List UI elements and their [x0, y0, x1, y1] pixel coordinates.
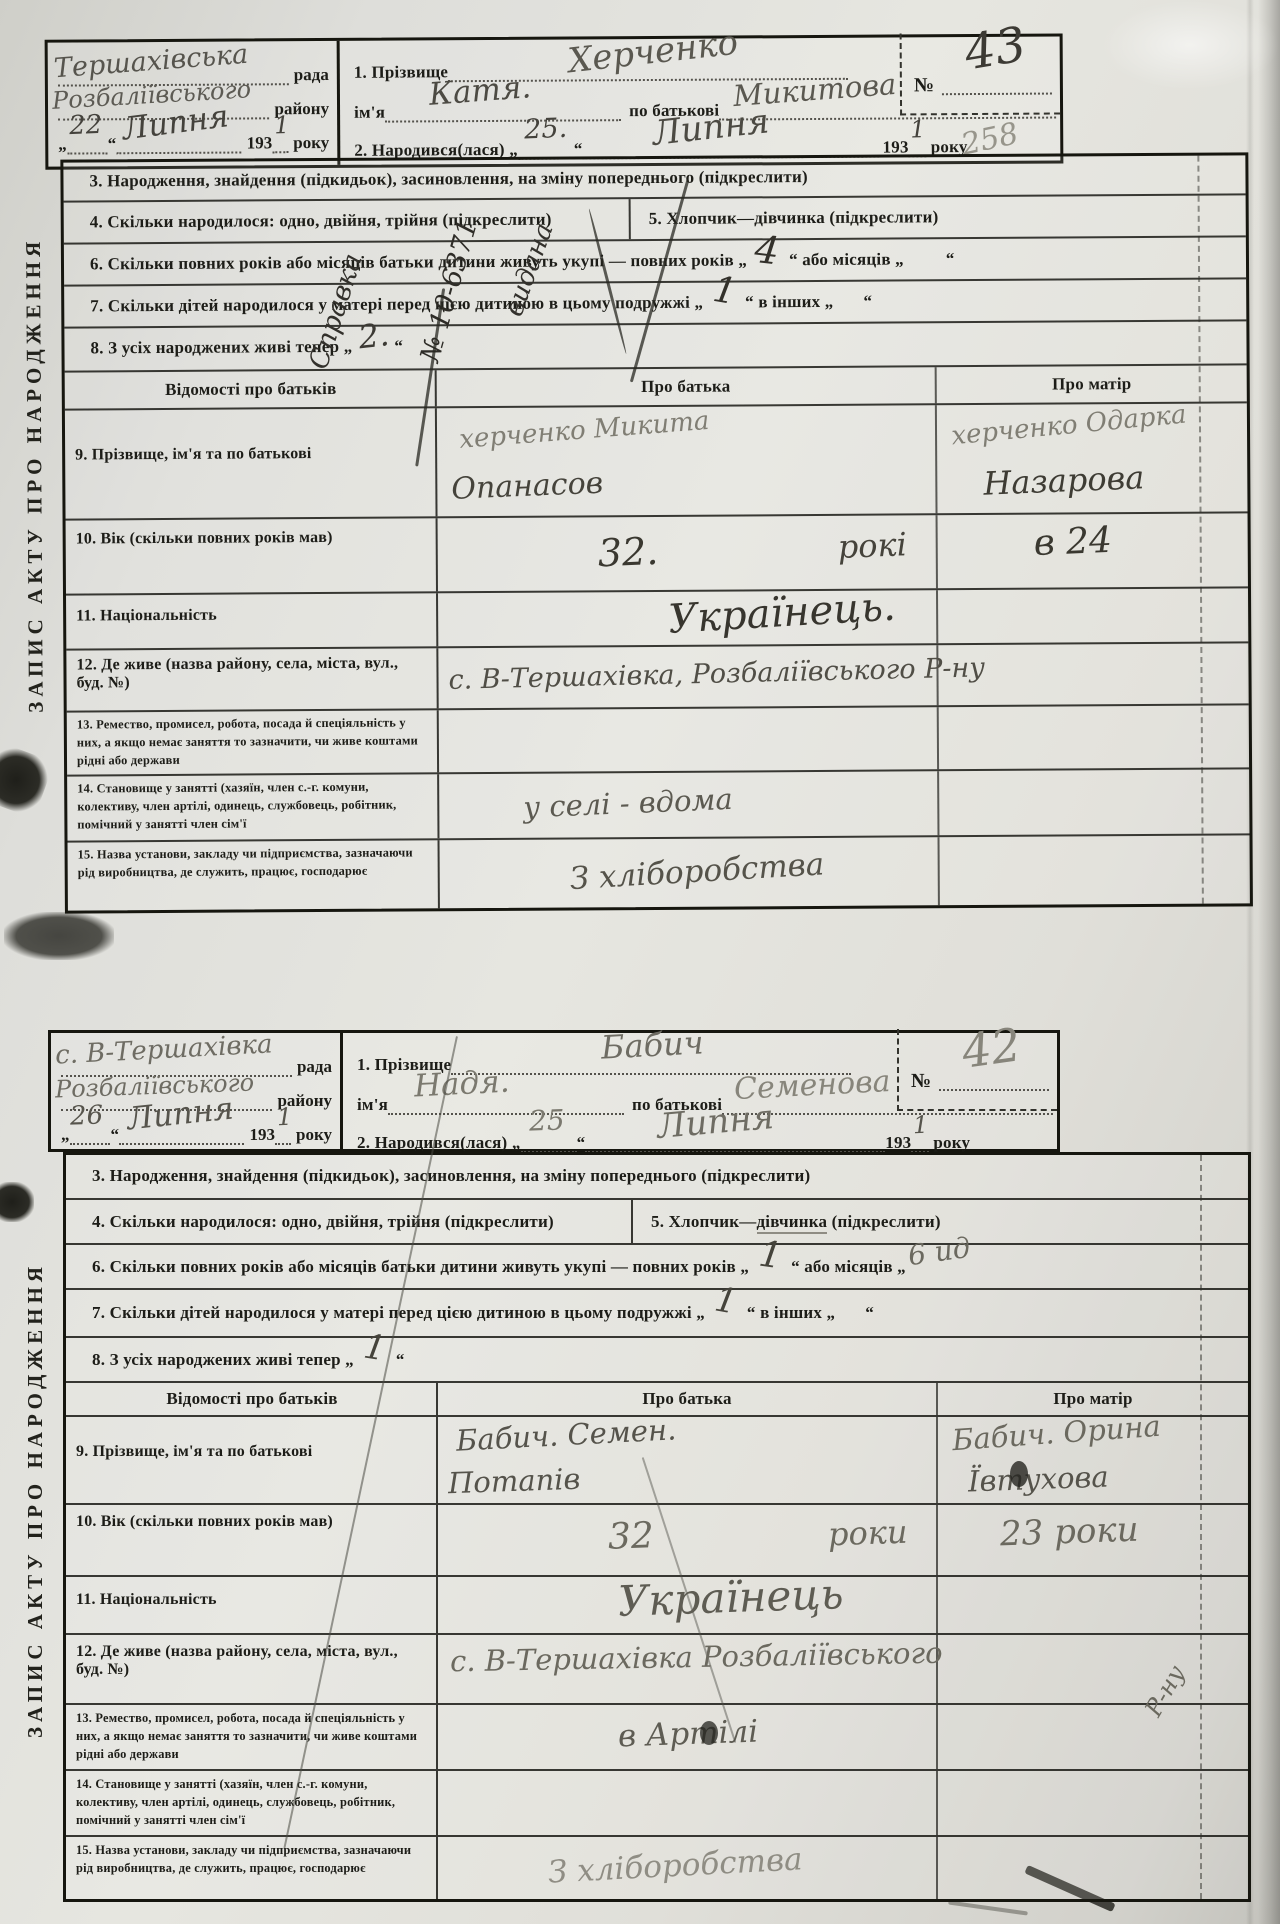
paper-edge-shadow [1258, 0, 1280, 1924]
council-name-handwritten: с. В-Тершахівка [54, 1031, 273, 1068]
field-3-label: 3. Народження, знайдення (підкидьок), за… [92, 1166, 810, 1185]
record-number-box: № 42 [897, 1029, 1057, 1111]
field-6-label: 6. Скільки повних років або місяців бать… [90, 250, 747, 273]
field-8-label: 8. З усіх народжених живі тепер „ [92, 1350, 354, 1369]
residence-cell: с. В-Тершахівка, Розбаліївського Р-ну [438, 645, 938, 708]
nationality-handwritten: Українець [617, 1573, 844, 1623]
field-9-row: 9. Прізвище, ім'я та по батькові херченк… [65, 403, 1248, 520]
field-13-row: 13. Ремество, промисел, робота, посада й… [67, 705, 1249, 776]
months-together-slot [904, 248, 946, 264]
occupation-handwritten: в Артілі [618, 1717, 759, 1753]
residence-handwritten: с. В-Тершахівка Розбаліївського [450, 1639, 943, 1677]
field-15-row: 15. Назва установи, закладу чи підприємс… [68, 835, 1250, 910]
father-name-line2: Потапів [448, 1465, 581, 1499]
birth-record-form-1: ЗАПИС АКТУ ПРО НАРОДЖЕННЯ Тершахівська р… [45, 32, 1256, 169]
surname-handwritten: Бабич [601, 1026, 705, 1063]
council-block: Тершахівська рада Розбаліївського району… [48, 41, 341, 167]
sidebar-title-text: ЗАПИС АКТУ ПРО НАРОДЖЕННЯ [21, 237, 48, 713]
close-quote: “ [577, 1133, 586, 1153]
field-11-label: 11. Національність [76, 607, 217, 625]
children-before-handwritten: 1 [712, 1282, 739, 1319]
year-prefix: 193 [244, 1125, 275, 1145]
council-block: с. В-Тершахівка рада Розбаліївського рай… [51, 1033, 343, 1149]
field-10-label: 10. Вік (скільки повних років мав) [76, 1513, 333, 1530]
birth-day-field: 25 [521, 1131, 577, 1153]
field-7-row: 7. Скільки дітей народилося у матері пер… [66, 1290, 1248, 1338]
birth-year-handwritten: 1 [913, 1113, 929, 1138]
number-line [939, 1089, 1049, 1091]
father-age-handwritten: 32 [607, 1518, 654, 1556]
field-4-5-row: 4. Скільки народилося: одно, двійня, трі… [66, 1200, 1248, 1245]
children-before-slot: 1 [705, 1302, 747, 1318]
field-9-label: 9. Прізвище, ім'я та по батькові [76, 1443, 312, 1460]
residence-cell: с. В-Тершахівка Розбаліївського Р-ну [438, 1635, 938, 1703]
birth-month-field: Липня [585, 1131, 885, 1153]
mother-age-handwritten: 23 роки [999, 1513, 1139, 1552]
girl-word-underlined: дівчинка [757, 1212, 828, 1234]
position-handwritten: у селі - вдома [523, 785, 733, 823]
field-11-row: 11. Національність Українець. [66, 588, 1248, 650]
alive-now-handwritten: 2. [357, 318, 391, 353]
mother-name-line1: Бабич. Орина [951, 1412, 1161, 1455]
field-4-label: 4. Скільки народилося: одно, двійня, трі… [90, 210, 552, 232]
reg-month-field: Липня [119, 1123, 244, 1145]
form-header: Тершахівська рада Розбаліївського району… [45, 33, 1064, 169]
occupation-cell [439, 707, 939, 772]
mother-header: Про матір [1052, 374, 1131, 393]
birth-day-handwritten: 25. [523, 115, 567, 144]
age-word-handwritten: рокі [837, 528, 907, 563]
record-number-handwritten: 42 [960, 1021, 1024, 1075]
field-12-row: 12. Де живе (назва району, села, міста, … [66, 643, 1248, 712]
field-4-cell: 4. Скільки народилося: одно, двійня, трі… [66, 1200, 633, 1243]
birth-year-field: 1 [911, 1131, 929, 1153]
reg-year-handwritten: 1 [274, 113, 290, 138]
pen-stroke [948, 1900, 1028, 1915]
alive-now-slot: 2. [352, 336, 394, 352]
mother-age-handwritten: в 24 [1033, 523, 1113, 562]
mother-name-line2: Назарова [983, 461, 1145, 500]
mother-name-cell: Бабич. Орина Ївтухова [938, 1417, 1248, 1503]
reg-day-handwritten: 22 [68, 112, 102, 139]
field-5-label: 5. Хлопчик—дівчинка (підкреслити) [649, 207, 939, 228]
birth-year-handwritten: 1 [910, 117, 926, 142]
mother-age-cell: в 24 [938, 513, 1248, 588]
field-10-row: 10. Вік (скільки повних років мав) 32 ро… [66, 1505, 1248, 1577]
field-4-5-row: 4. Скільки народилося: одно, двійня, трі… [64, 195, 1246, 244]
ink-stain [4, 912, 114, 960]
mother-name-cell: херченко Одарка Назарова [937, 403, 1248, 513]
field-11-row: 11. Національність Українець [66, 1577, 1248, 1635]
name-label: ім'я [357, 1095, 388, 1115]
position-cell [438, 1771, 938, 1835]
close-quote: “ [107, 134, 117, 154]
year-prefix: 193 [242, 133, 273, 153]
father-header: Про батька [641, 377, 730, 397]
name-handwritten: Надя. [413, 1067, 510, 1103]
born-label: 2. Народився(лася) „ [357, 1133, 521, 1153]
enterprise-cell: З хліборобства [438, 1837, 938, 1899]
field-3-label: 3. Народження, знайдення (підкидьок), за… [89, 167, 807, 190]
field-9-label: 9. Прізвище, ім'я та по батькові [75, 445, 312, 463]
field-5-cell: 5. Хлопчик—дівчинка (підкреслити) [631, 195, 1246, 239]
year-prefix: 193 [885, 1133, 911, 1153]
rada-label: рада [289, 65, 329, 85]
field-8-row: 8. З усіх народжених живі тепер „2.“ [64, 321, 1246, 372]
field-3-row: 3. Народження, знайдення (підкидьок), за… [66, 1155, 1248, 1200]
children-before-handwritten: 1 [710, 272, 739, 311]
father-name-line1: Бабич. Семен. [455, 1415, 677, 1455]
mother-name-line2: Ївтухова [968, 1463, 1110, 1497]
field-13-label: 13. Ремество, промисел, робота, посада й… [76, 1711, 417, 1761]
enterprise-handwritten: З хліборобства [569, 849, 825, 895]
residence-handwritten: с. В-Тершахівка, Розбаліївського Р-ну [448, 654, 985, 694]
roku-label: року [291, 1125, 332, 1145]
field-8-label: 8. З усіх народжених живі тепер „ [90, 337, 352, 358]
surname-handwritten: Херченко [567, 26, 740, 79]
nationality-handwritten: Українець. [667, 587, 896, 640]
months-together-handwritten: 6 ид [906, 1234, 972, 1270]
child-block: 1. Прізвище Херченко ім'я Катя. по батьк… [340, 36, 1061, 164]
birth-month-handwritten: Липня [651, 104, 771, 151]
ink-blot [700, 1721, 718, 1745]
enterprise-cell: З хліборобства [440, 837, 940, 908]
field-13-row: 13. Ремество, промисел, робота, посада й… [66, 1705, 1248, 1771]
open-quote: „ [58, 135, 67, 155]
reg-year-field: 1 [272, 131, 288, 153]
father-age-cell: 32. рокі [438, 515, 938, 591]
field-4-label: 4. Скільки народилося: одно, двійня, трі… [92, 1212, 554, 1231]
number-line [942, 93, 1052, 96]
birth-month-handwritten: Липня [656, 1100, 776, 1144]
occupation-cell: в Артілі [438, 1705, 938, 1769]
field-6-label: 6. Скільки повних років або місяців бать… [92, 1257, 749, 1276]
number-sign: № [911, 1070, 931, 1093]
reg-year-handwritten: 1 [277, 1105, 293, 1130]
reg-year-field: 1 [275, 1123, 291, 1145]
record-number-handwritten: 43 [961, 20, 1029, 77]
mother-age-cell: 23 роки [938, 1505, 1248, 1575]
field-14-label: 14. Становище у занятті (хазяїн, член с.… [77, 780, 396, 832]
close-quote: “ [110, 1125, 120, 1145]
rada-label: рада [292, 1057, 332, 1077]
enterprise-handwritten: З хліборобства [547, 1844, 803, 1888]
father-name-line1: херченко Микита [458, 408, 710, 453]
father-header: Про батька [642, 1389, 731, 1408]
reg-day-field: 22 [67, 132, 107, 154]
father-name-cell: Бабич. Семен. Потапів [438, 1417, 938, 1503]
field-5-label: 5. Хлопчик—дівчинка (підкреслити) [651, 1212, 941, 1234]
reg-month-field: Липня [116, 131, 242, 154]
birth-record-form-2: ЗАПИС АКТУ ПРО НАРОДЖЕННЯ с. В-Тершахівк… [48, 1030, 1258, 1152]
roku-label: року [288, 133, 329, 153]
sidebar-title-text: ЗАПИС АКТУ ПРО НАРОДЖЕННЯ [23, 1262, 47, 1738]
parents-table-header: Відомості про батьків Про батька Про мат… [66, 1383, 1248, 1417]
field-11-label: 11. Національність [76, 1591, 217, 1608]
field-6-row: 6. Скільки повних років або місяців бать… [64, 237, 1246, 286]
mother-name-line1: херченко Одарка [950, 402, 1187, 450]
form-header: с. В-Тершахівка рада Розбаліївського рай… [48, 1030, 1060, 1152]
father-name-cell: херченко Микита Опанасов [437, 405, 938, 516]
field-10-label: 10. Вік (скільки повних років мав) [76, 529, 333, 548]
months-together-slot: 6 ид [906, 1256, 948, 1272]
field-8-row: 8. З усіх народжених живі тепер „1“ [66, 1338, 1248, 1383]
scanned-birth-records-page: { "document": { "sidebar_title": "ЗАПИС … [0, 0, 1280, 1924]
sidebar-vertical-title: ЗАПИС АКТУ ПРО НАРОДЖЕННЯ [20, 173, 54, 777]
roku-label: року [929, 1133, 970, 1153]
field-4-cell: 4. Скільки народилося: одно, двійня, трі… [64, 199, 631, 242]
child-block: 1. Прізвище Бабич ім'я Надя. по батькові… [343, 1033, 1057, 1149]
children-other-slot [835, 1302, 865, 1318]
field-15-row: 15. Назва установи, закладу чи підприємс… [66, 1837, 1248, 1899]
reg-day-handwritten: 26 [69, 1102, 103, 1129]
field-13-label: 13. Ремество, промисел, робота, посада й… [77, 716, 418, 768]
girl-word: дівчинка [754, 208, 825, 227]
reg-month-handwritten: Липня [126, 1094, 235, 1136]
name-handwritten: Катя. [428, 72, 532, 111]
field-14-label: 14. Становище у занятті (хазяїн, член с.… [76, 1777, 395, 1827]
name-label: ім'я [354, 103, 385, 123]
nationality-cell: Українець. [438, 590, 938, 646]
father-age-cell: 32 роки [438, 1505, 938, 1575]
field-10-row: 10. Вік (скільки повних років мав) 32. р… [66, 513, 1248, 595]
parents-header: Відомості про батьків [166, 1389, 337, 1408]
father-name-line2: Опанасов [451, 469, 604, 505]
field-14-row: 14. Становище у занятті (хазяїн, член с.… [66, 1771, 1248, 1837]
years-together-handwritten: 4 [753, 230, 781, 271]
record-number-box: № 43 [900, 32, 1060, 115]
field-14-row: 14. Становище у занятті (хазяїн, член с.… [67, 769, 1249, 842]
ink-blot [1010, 1461, 1028, 1487]
parents-header: Відомості про батьків [165, 379, 336, 399]
form-body: 3. Народження, знайдення (підкидьок), за… [63, 1152, 1251, 1902]
children-before-slot: 1 [703, 291, 745, 307]
name-field: Надя. [388, 1093, 624, 1115]
field-6-row: 6. Скільки повних років або місяців бать… [66, 1245, 1248, 1290]
field-15-label: 15. Назва установи, закладу чи підприємс… [76, 1843, 411, 1875]
number-sign: № [914, 74, 934, 97]
field-12-label: 12. Де живе (назва району, села, міста, … [76, 655, 398, 692]
children-other-slot [833, 291, 863, 307]
field-9-row: 9. Прізвище, ім'я та по батькові Бабич. … [66, 1417, 1248, 1505]
birth-day-handwritten: 25 [528, 1106, 565, 1135]
mother-header: Про матір [1053, 1389, 1132, 1408]
nationality-cell: Українець [438, 1577, 938, 1633]
father-age-handwritten: 32. [597, 532, 659, 572]
position-cell: у селі - вдома [439, 771, 939, 838]
name-field: Катя. [385, 99, 621, 122]
years-together-handwritten: 1 [757, 1237, 785, 1276]
sidebar-vertical-title: ЗАПИС АКТУ ПРО НАРОДЖЕННЯ [23, 1198, 53, 1802]
field-15-label: 15. Назва установи, закладу чи підприємс… [78, 845, 413, 879]
field-12-row: 12. Де живе (назва району, села, міста, … [66, 1635, 1248, 1705]
open-quote: „ [61, 1125, 70, 1145]
reg-day-field: 26 [70, 1123, 110, 1145]
alive-now-handwritten: 1 [361, 1330, 388, 1367]
form-body: 3. Народження, знайдення (підкидьок), за… [60, 152, 1253, 913]
years-together-slot: 1 [749, 1256, 791, 1272]
age-word-handwritten: роки [827, 1516, 908, 1551]
years-together-slot: 4 [747, 249, 789, 265]
field-12-label: 12. Де живе (назва району, села, міста, … [76, 1643, 398, 1678]
